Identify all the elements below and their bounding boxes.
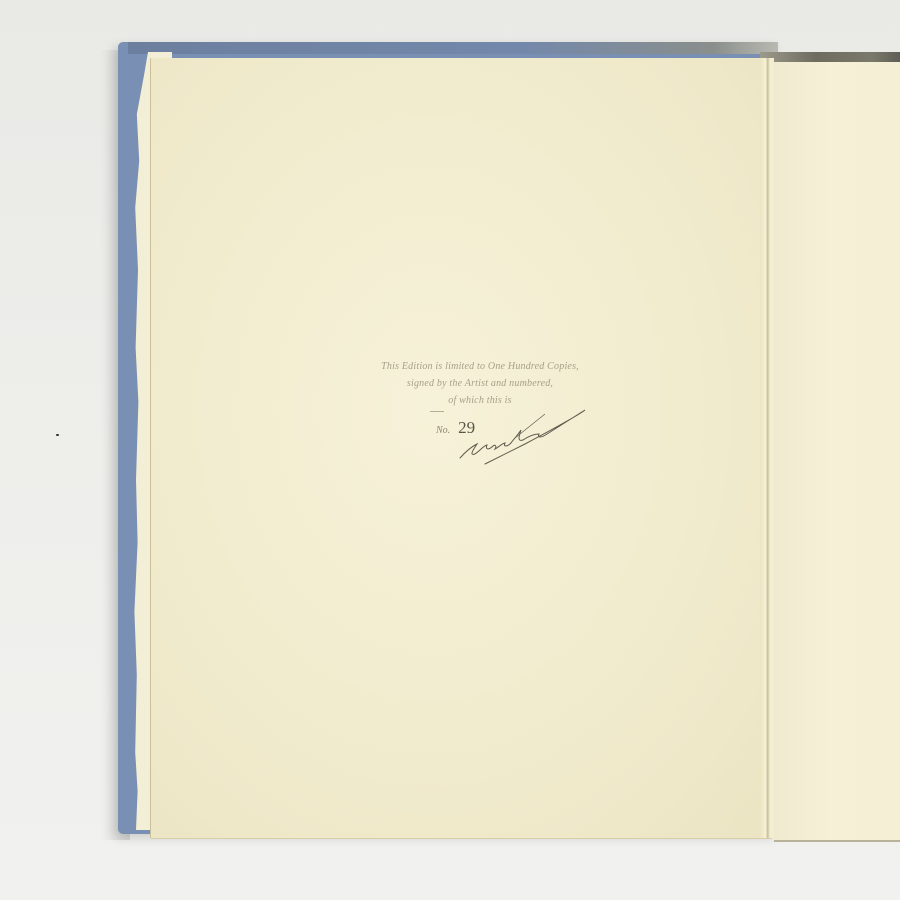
dust-speck — [56, 434, 59, 436]
right-page — [774, 62, 900, 842]
book-gutter — [760, 58, 774, 838]
book-cover-right-edge — [760, 52, 900, 62]
notice-line-2: signed by the Artist and numbered, — [360, 375, 600, 392]
number-label: No. — [436, 425, 450, 436]
short-rule — [430, 411, 444, 412]
signature-icon — [455, 400, 595, 470]
book-cover-top-edge — [128, 42, 778, 54]
notice-line-1: This Edition is limited to One Hundred C… — [360, 358, 600, 375]
